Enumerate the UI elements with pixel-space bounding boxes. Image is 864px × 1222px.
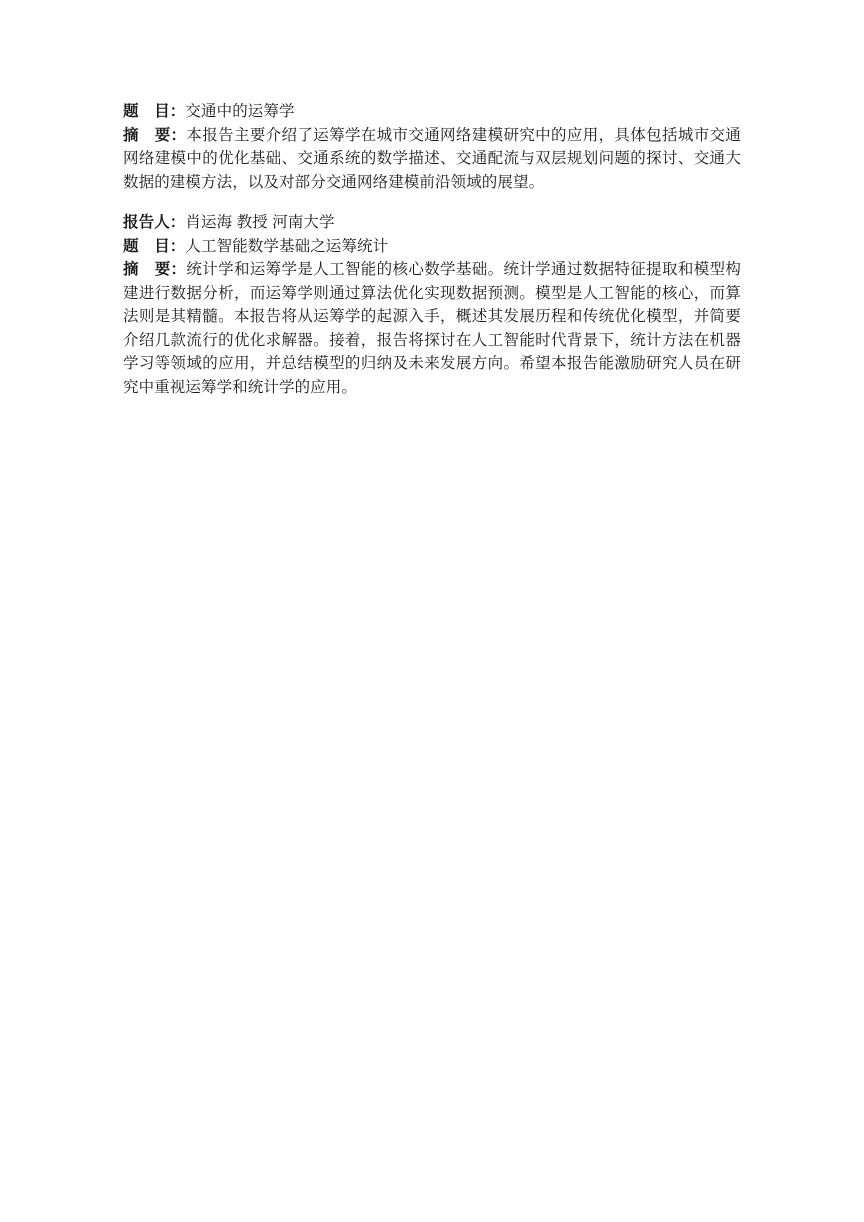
talk-2-speaker-text: 肖运海 教授 河南大学 [185,214,334,231]
talk-1-title-label: 题 目： [123,103,185,120]
talk-2-speaker-line: 报告人：肖运海 教授 河南大学 [123,211,741,235]
talk-block-1: 题 目：交通中的运筹学 摘 要：本报告主要介绍了运筹学在城市交通网络建模研究中的… [123,100,741,194]
talk-1-title-text: 交通中的运筹学 [185,103,294,120]
talk-1-abstract-text: 本报告主要介绍了运筹学在城市交通网络建模研究中的应用，具体包括城市交通网络建模中… [123,127,741,191]
talk-2-speaker-label: 报告人： [123,214,185,231]
talk-block-2: 报告人：肖运海 教授 河南大学 题 目：人工智能数学基础之运筹统计 摘 要：统计… [123,211,741,399]
talk-1-title-line: 题 目：交通中的运筹学 [123,100,741,124]
document-page: 题 目：交通中的运筹学 摘 要：本报告主要介绍了运筹学在城市交通网络建模研究中的… [0,0,864,1222]
talk-2-abstract: 摘 要：统计学和运筹学是人工智能的核心数学基础。统计学通过数据特征提取和模型构建… [123,258,741,399]
talk-2-abstract-text: 统计学和运筹学是人工智能的核心数学基础。统计学通过数据特征提取和模型构建进行数据… [123,261,741,396]
talk-1-abstract: 摘 要：本报告主要介绍了运筹学在城市交通网络建模研究中的应用，具体包括城市交通网… [123,124,741,195]
talk-2-title-text: 人工智能数学基础之运筹统计 [185,238,388,255]
talk-2-title-label: 题 目： [123,238,185,255]
talk-2-abstract-label: 摘 要： [123,261,186,278]
document-content: 题 目：交通中的运筹学 摘 要：本报告主要介绍了运筹学在城市交通网络建模研究中的… [123,100,741,399]
talk-2-title-line: 题 目：人工智能数学基础之运筹统计 [123,235,741,259]
talk-1-abstract-label: 摘 要： [123,127,186,144]
